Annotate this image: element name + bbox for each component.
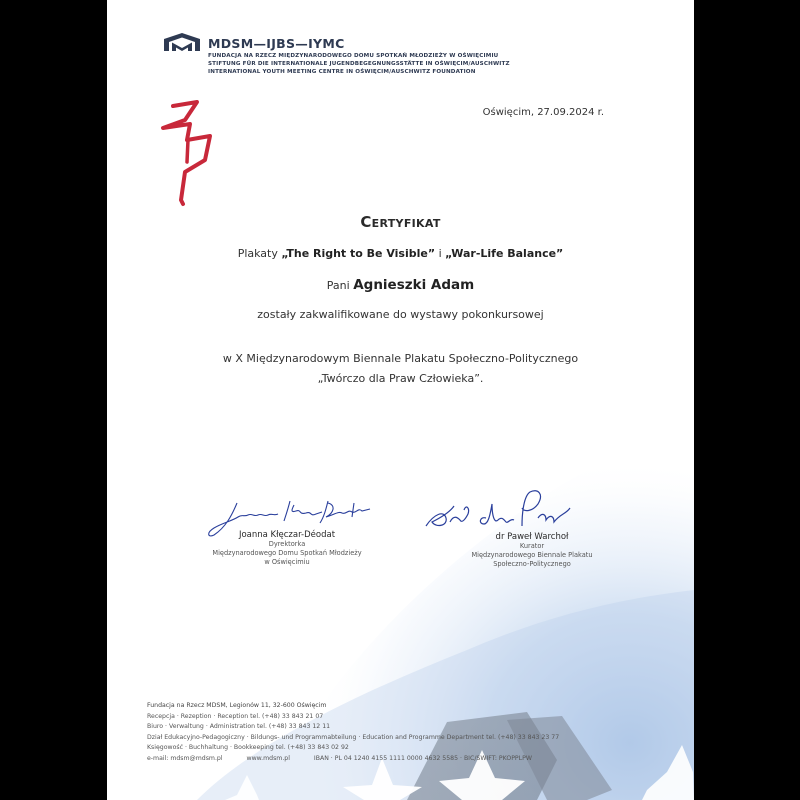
organization-acronym: MDSM—IJBS—IYMC (208, 36, 345, 51)
qualified-text: zostały zakwalifikowane do wystawy pokon… (107, 308, 694, 321)
footer-email-link[interactable]: e-mail: mdsm@mdsm.pl (147, 755, 223, 762)
certificate-page: MDSM—IJBS—IYMC FUNDACJA NA RZECZ MIĘDZYN… (107, 0, 694, 800)
footer-website-link[interactable]: www.mdsm.pl (247, 755, 290, 762)
footer-contact: Fundacja na Rzecz MDSM, Legionów 11, 32-… (147, 701, 559, 765)
footer-links-row: e-mail: mdsm@mdsm.pl www.mdsm.pl IBAN · … (147, 754, 559, 765)
posters-prefix: Plakaty (238, 247, 282, 260)
footer-education: Dział Edukacyjno-Pedagogiczny · Bildungs… (147, 733, 559, 744)
signatory-name: Joanna Kłęczar-Déodat (187, 530, 387, 540)
signature-block-curator: dr Paweł Warchoł Kurator Międzynarodoweg… (427, 532, 637, 569)
organization-name-en: INTERNATIONAL YOUTH MEETING CENTRE IN OŚ… (208, 69, 476, 75)
poster-title-2: „War-Life Balance” (445, 247, 563, 260)
signature-curator-icon (420, 484, 580, 539)
recipient-prefix: Pani (327, 279, 353, 292)
footer-reception: Recepcja · Rezeption · Reception tel. (+… (147, 712, 559, 723)
footer-office: Biuro · Verwaltung · Administration tel.… (147, 722, 559, 733)
signatory-role: Kurator (427, 542, 637, 551)
house-m-logo-icon (162, 32, 202, 52)
footer-accounting: Księgowość · Buchhaltung · Bookkeeping t… (147, 743, 559, 754)
posters-joiner: i (435, 247, 445, 260)
posters-line: Plakaty „The Right to Be Visible” i „War… (107, 247, 694, 260)
recipient-name: Agnieszki Adam (353, 277, 474, 293)
signatory-role: Dyrektorka (187, 540, 387, 549)
red-biennale-emblem-icon (155, 100, 215, 210)
footer-address: Fundacja na Rzecz MDSM, Legionów 11, 32-… (147, 701, 559, 712)
signatory-org: Międzynarodowego Domu Spotkań Młodzieży (187, 549, 387, 558)
recipient-line: Pani Agnieszki Adam (107, 277, 694, 293)
signatory-org: Międzynarodowego Biennale Plakatu (427, 551, 637, 560)
mdsm-logo (162, 32, 202, 56)
signatory-name: dr Paweł Warchoł (427, 532, 637, 542)
footer-bank-details: IBAN · PL 04 1240 4155 1111 0000 4632 55… (314, 755, 532, 762)
event-line: w X Międzynarodowym Biennale Plakatu Spo… (107, 352, 694, 365)
organization-name-de: STIFTUNG FÜR DIE INTERNATIONALE JUGENDBE… (208, 61, 510, 67)
poster-title-1: „The Right to Be Visible” (281, 247, 435, 260)
certificate-date: Oświęcim, 27.09.2024 r. (483, 107, 604, 118)
signatory-org: Społeczno-Politycznego (427, 560, 637, 569)
event-name: „Twórczo dla Praw Człowieka”. (107, 372, 694, 385)
signature-block-director: Joanna Kłęczar-Déodat Dyrektorka Międzyn… (187, 530, 387, 567)
certificate-title: Certyfikat (107, 213, 694, 231)
organization-name-pl: FUNDACJA NA RZECZ MIĘDZYNARODOWEGO DOMU … (208, 53, 498, 59)
signatory-org: w Oświęcimiu (187, 558, 387, 567)
